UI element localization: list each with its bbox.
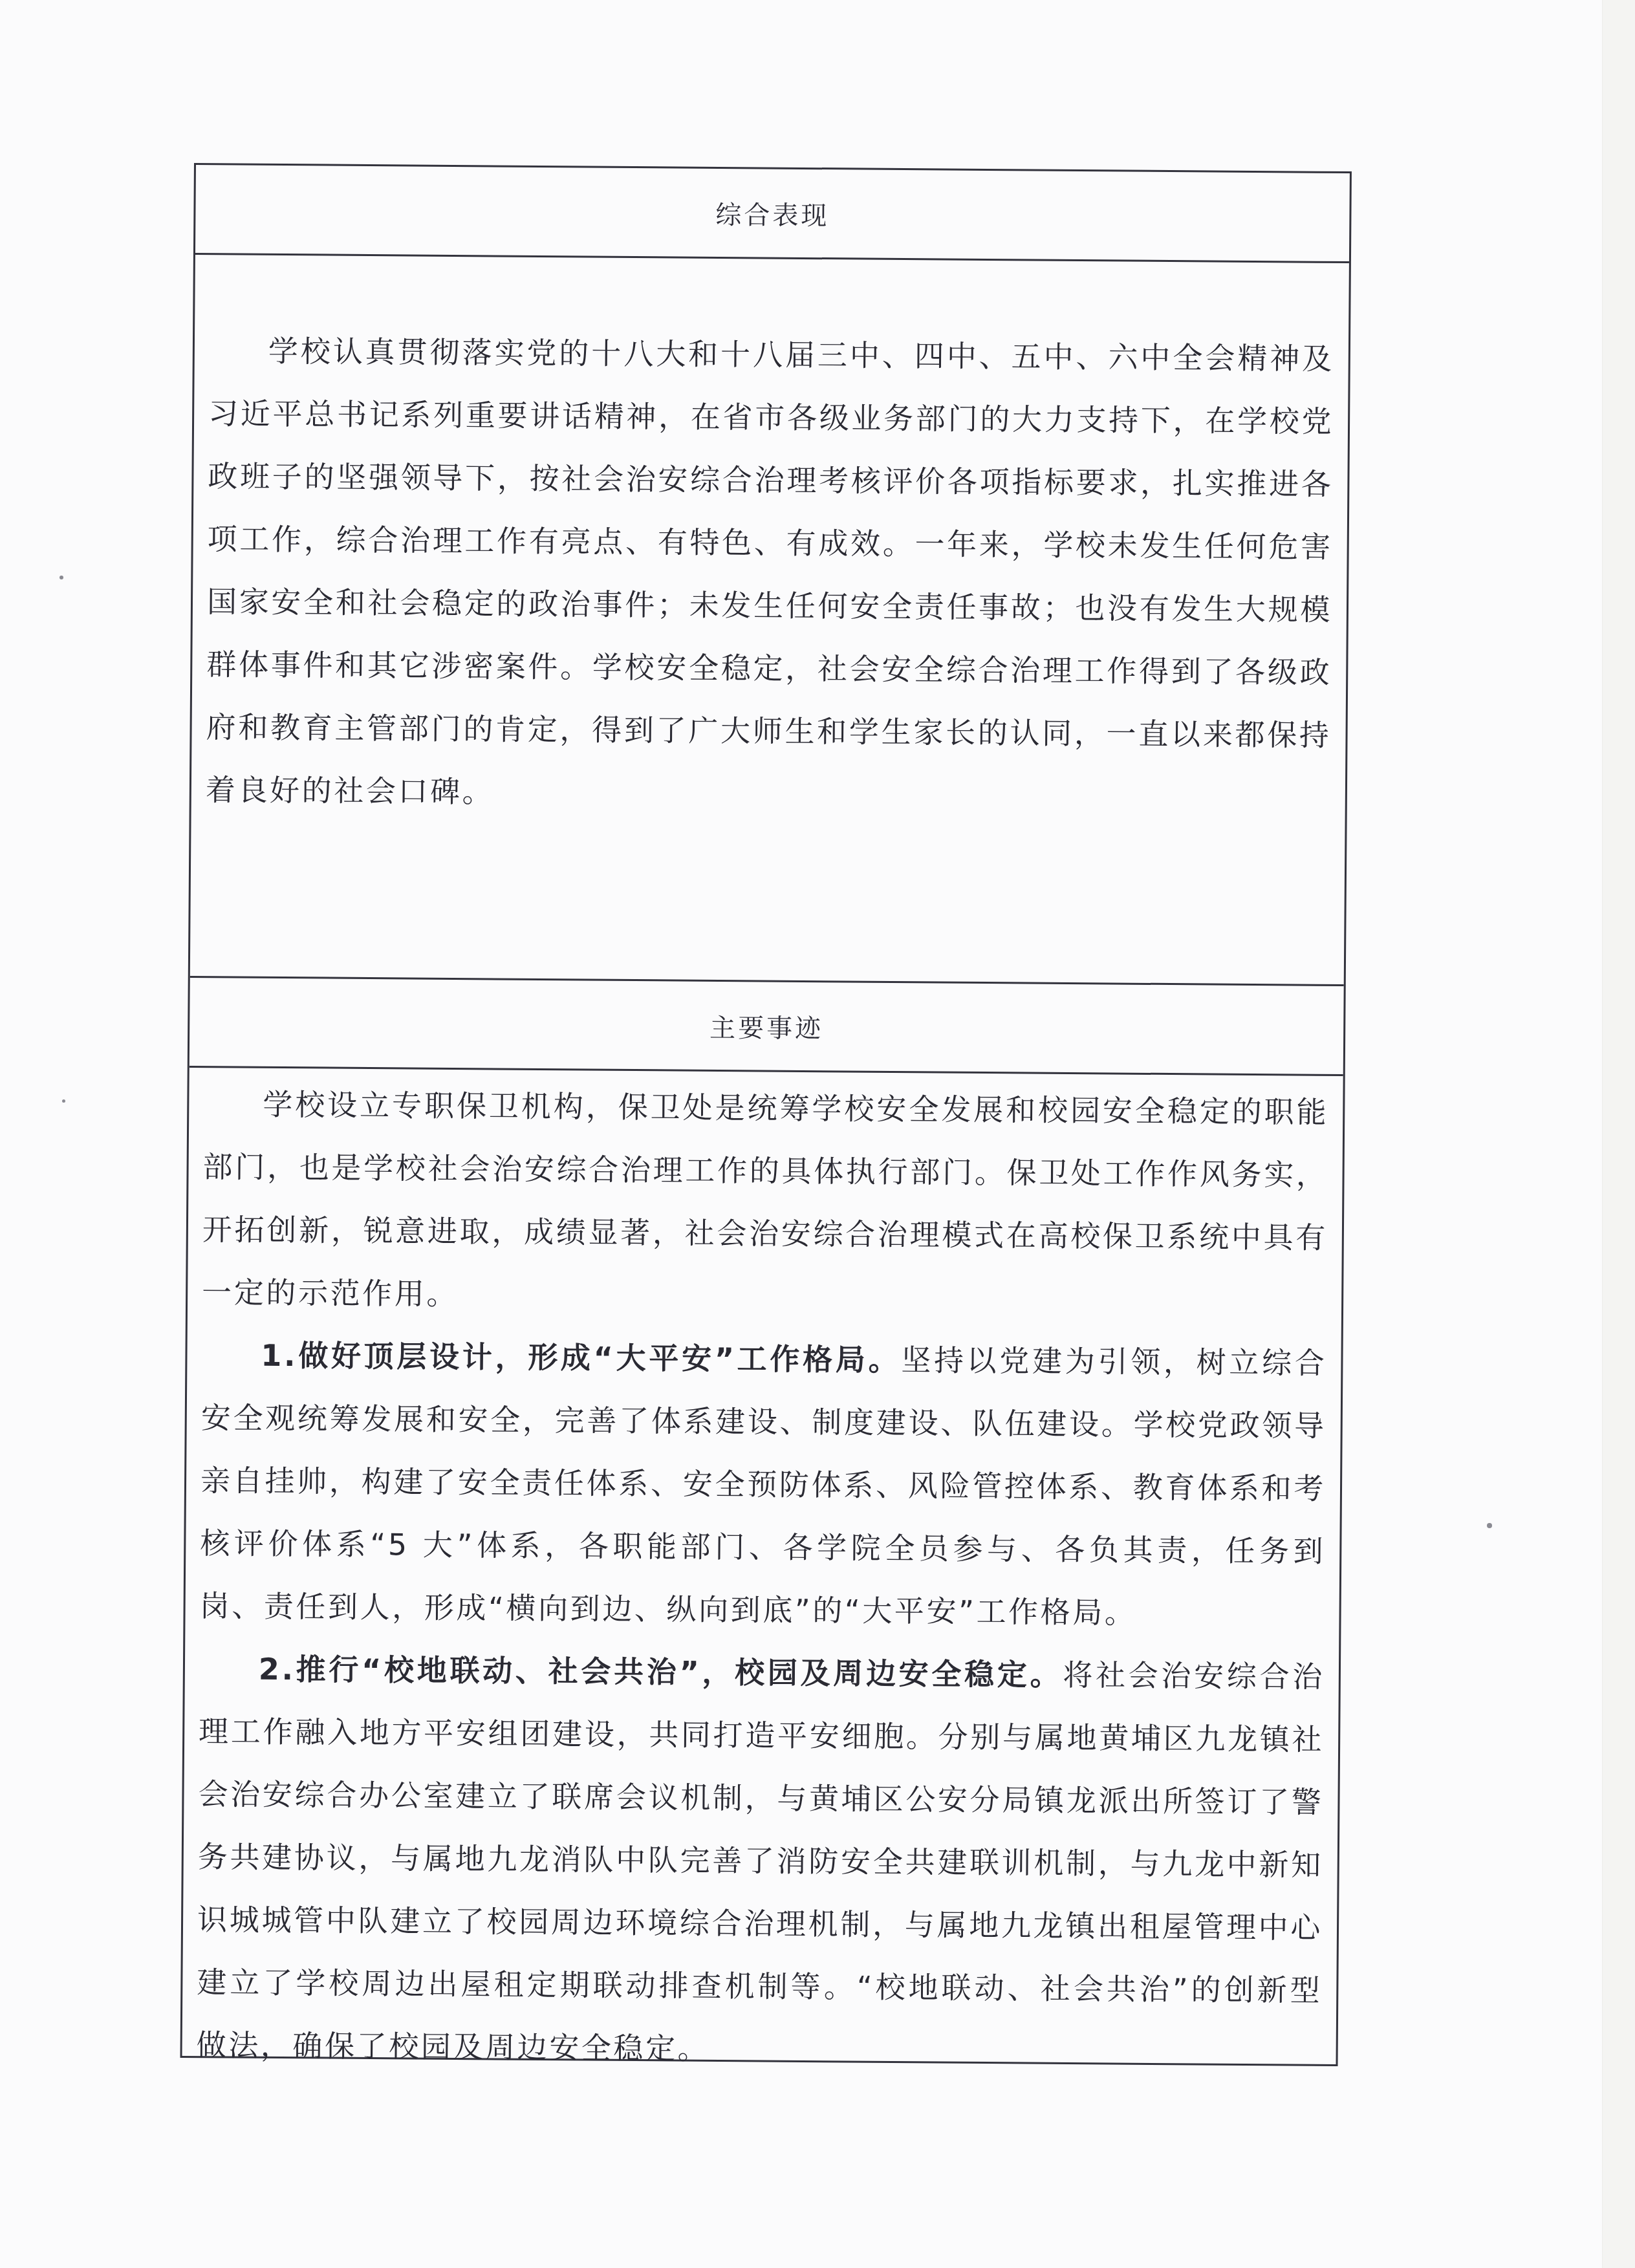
- paragraph-text: 将社会治安综合治理工作融入地方平安组团建设，共同打造平安细胞。分别与属地黄埔区九…: [196, 1658, 1325, 2066]
- section-body-main-achievements: 学校设立专职保卫机构，保卫处是统筹学校安全发展和校园安全稳定的职能部门，也是学校…: [182, 1068, 1343, 2064]
- paragraph-text: 学校认真贯彻落实党的十八大和十八届三中、四中、五中、六中全会精神及习近平总书记系…: [206, 334, 1334, 810]
- paragraph-text: 学校设立专职保卫机构，保卫处是统筹学校安全发展和校园安全稳定的职能部门，也是学校…: [202, 1087, 1328, 1312]
- paragraph-item-2: 2.推行“校地联动、社会共治”，校园及周边安全稳定。将社会治安综合治理工作融入地…: [196, 1637, 1325, 2085]
- section-header-main-achievements: 主要事迹: [189, 978, 1344, 1076]
- section-header-overall-performance: 综合表现: [195, 165, 1350, 263]
- section-title: 主要事迹: [709, 1007, 823, 1044]
- paragraph: 学校设立专职保卫机构，保卫处是统筹学校安全发展和校园安全稳定的职能部门，也是学校…: [202, 1073, 1329, 1332]
- paragraph-item-1: 1.做好顶层设计，形成“大平安”工作格局。坚持以党建为引领，树立综合安全观统筹发…: [199, 1324, 1327, 1646]
- paragraph-text: 坚持以党建为引领，树立综合安全观统筹发展和安全，完善了体系建设、制度建设、队伍建…: [199, 1343, 1326, 1630]
- section-title: 综合表现: [715, 194, 829, 232]
- section-body-overall-performance: 学校认真贯彻落实党的十八大和十八届三中、四中、五中、六中全会精神及习近平总书记系…: [190, 255, 1349, 986]
- scan-speck: [1487, 1523, 1492, 1528]
- scan-speck: [60, 576, 63, 579]
- evaluation-form-table: 综合表现 学校认真贯彻落实党的十八大和十八届三中、四中、五中、六中全会精神及习近…: [180, 163, 1352, 2066]
- paragraph-lead: 1.做好顶层设计，形成“大平安”工作格局。: [261, 1338, 901, 1377]
- paragraph-lead: 2.推行“校地联动、社会共治”，校园及周边安全稳定。: [259, 1652, 1063, 1692]
- scan-speck: [62, 1099, 65, 1103]
- scan-page-edge: [1602, 0, 1635, 2268]
- paragraph: 学校认真贯彻落实党的十八大和十八届三中、四中、五中、六中全会精神及习近平总书记系…: [206, 319, 1335, 830]
